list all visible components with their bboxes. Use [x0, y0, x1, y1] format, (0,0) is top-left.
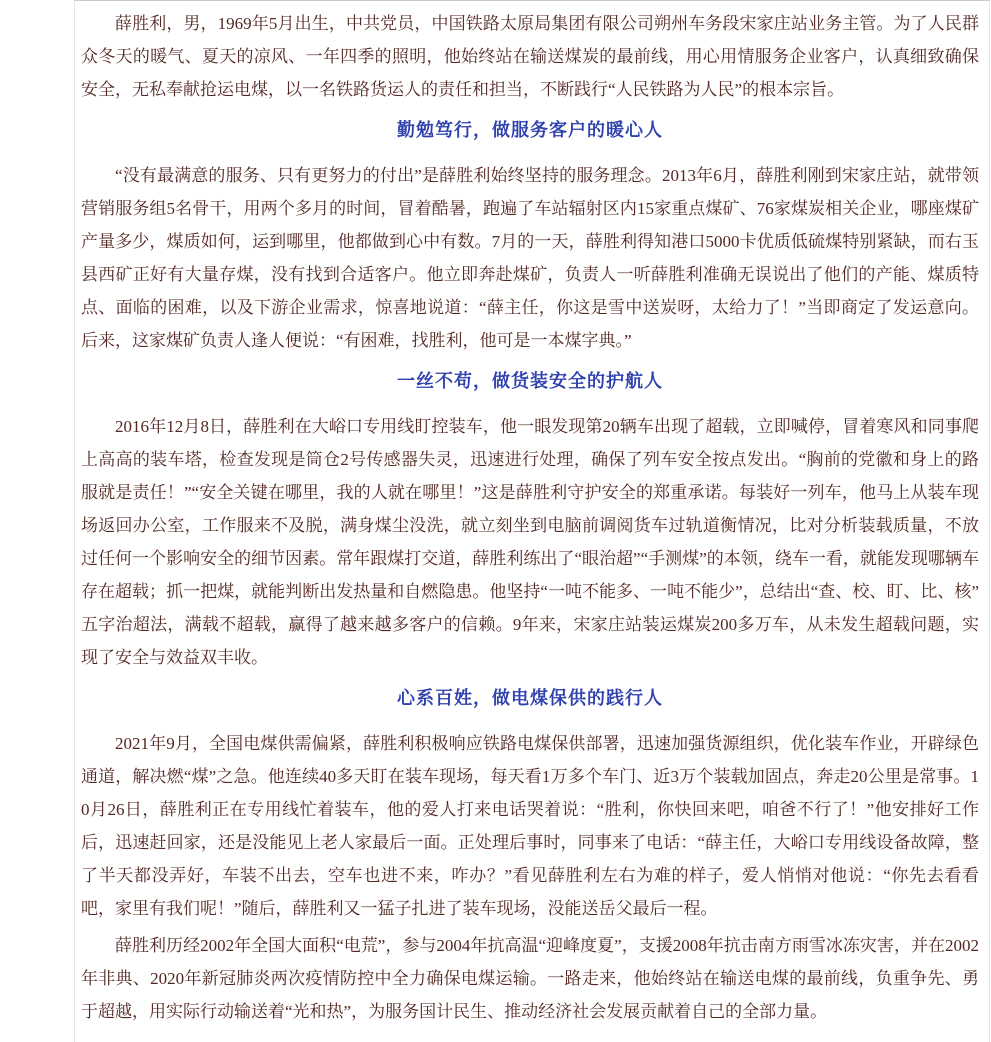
- section-heading-service: 勤勉笃行，做服务客户的暖心人: [81, 114, 979, 147]
- article-document: 薛胜利，男，1969年5月出生，中共党员，中国铁路太原局集团有限公司朔州车务段宋…: [74, 0, 990, 1042]
- paragraph-conclusion: 薛胜利历经2002年全国大面积“电荒”，参与2004年抗高温“迎峰度夏”，支援2…: [81, 929, 979, 1028]
- section-heading-coal-supply: 心系百姓，做电煤保供的践行人: [81, 682, 979, 715]
- paragraph-service: “没有最满意的服务、只有更努力的付出”是薛胜利始终坚持的服务理念。2013年6月…: [81, 159, 979, 357]
- paragraph-intro: 薛胜利，男，1969年5月出生，中共党员，中国铁路太原局集团有限公司朔州车务段宋…: [81, 7, 979, 106]
- section-heading-safety: 一丝不苟，做货装安全的护航人: [81, 365, 979, 398]
- paragraph-coal-supply: 2021年9月，全国电煤供需偏紧，薛胜利积极响应铁路电煤保供部署，迅速加强货源组…: [81, 727, 979, 925]
- paragraph-safety: 2016年12月8日，薛胜利在大峪口专用线盯控装车，他一眼发现第20辆车出现了超…: [81, 410, 979, 674]
